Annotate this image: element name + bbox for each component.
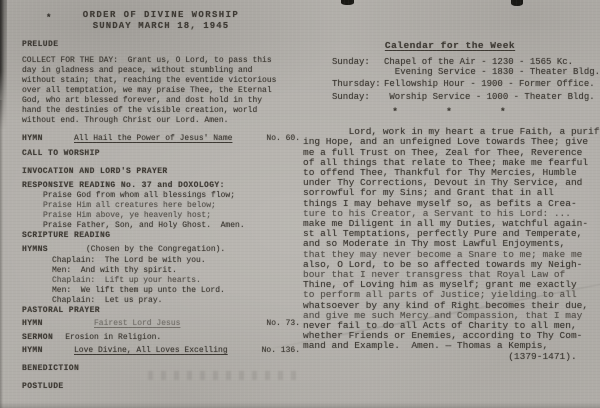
page-title: ORDER OF DIVINE WORSHIP [22,10,300,21]
collect-line: without end. Through Christ our Lord. Am… [22,116,300,126]
collect-line: God, who art blessed forever, and dost h… [22,96,300,106]
doxology-line: Praise Him all creatures here below; [22,201,300,211]
calendar-event: Evening Service - 1830 - Theater Bldg. [384,67,600,77]
collect-line: without stain; that, reaching the eventi… [22,76,300,86]
scan-edge-shadow-lower [0,100,3,408]
page-date: SUNDAY MARCH 18, 1945 [22,21,300,32]
hymn-label: HYMN [22,319,74,329]
hymn-title: All Hail the Power of Jesus' Name [74,134,232,144]
calendar-day [332,67,384,77]
sermon-title: Erosion in Religion. [65,333,161,343]
sermon-entry: SERMON Erosion in Religion. [22,333,300,343]
benediction-heading: BENEDICTION [22,364,300,374]
hymn-entry: HYMN Love Divine, All Loves Excelling No… [22,346,300,356]
invocation-heading: INVOCATION AND LORD'S PRAYER [22,167,300,177]
collect-line: hand the destinies of the visible creati… [22,106,300,116]
postlude-heading: POSTLUDE [22,382,300,392]
versicle-line: Men: And with thy spirit. [22,266,300,276]
scan-edge-shadow [0,0,7,130]
call-to-worship-heading: CALL TO WORSHIP [22,149,300,159]
doxology-verse: Praise God from whom all blessings flow;… [22,191,300,231]
collect-line: day in gladness and peace, without stumb… [22,66,300,76]
hymns-label: HYMNS [22,245,74,255]
doxology-line: Praise Father, Son, and Holy Ghost. Amen… [22,221,300,231]
prayer-line: bour that I never transgress that Royal … [303,270,597,280]
prayer-line: and give me such Mercy and Compassion, t… [303,311,597,321]
responsive-reading-heading: RESPONSIVE READING No. 37 and DOXOLOGY: [22,181,300,191]
order-of-service-column: ORDER OF DIVINE WORSHIP SUNDAY MARCH 18,… [22,10,300,392]
calendar-event: Chapel of the Air - 1230 - 1565 Kc. [384,57,573,67]
doxology-line: Praise God from whom all blessings flow; [22,191,300,201]
hymn-entry: HYMN All Hail the Power of Jesus' Name N… [22,134,300,144]
versicle-line: Chaplain: Lift up your hearts. [22,276,300,286]
scanned-bulletin-page: * ORDER OF DIVINE WORSHIP SUNDAY MARCH 1… [0,0,600,408]
pastoral-prayer-heading: PASTORAL PRAYER [22,306,300,316]
hymn-title: Love Divine, All Loves Excelling [74,346,228,356]
prayer-line: ture to his Creator, a Servant to his Lo… [303,209,597,219]
hymn-entry: HYMN Fairest Lord Jesus No. 73. [22,319,300,329]
hymn-number: No. 60. [266,134,300,144]
scan-bottom-shadow [0,402,600,408]
binding-hole-mark [511,0,523,6]
sermon-label: SERMON [22,333,53,343]
scripture-reading-heading: SCRIPTURE READING [22,231,300,241]
prayer-line: to perform all parts of Justice; yieldin… [303,290,597,300]
hymn-label: HYMN [22,346,74,356]
calendar-row: Thursday: Fellowship Hour - 1900 - Forme… [332,79,597,89]
calendar-day: Sunday: [332,57,384,67]
collect-line: over all temptation, we may praise Thee,… [22,86,300,96]
binding-hole-mark [341,0,354,5]
prayer-line: that they may never become a Snare to me… [303,250,597,260]
calendar-row: Sunday: Chapel of the Air - 1230 - 1565 … [332,57,597,67]
hymn-title: Fairest Lord Jesus [94,319,180,329]
collect-line: COLLECT FOR THE DAY: Grant us, O Lord, t… [22,56,300,66]
hymns-entry: HYMNS (Chosen by the Congregation). [22,245,300,255]
calendar-heading: Calendar for the Week [303,40,597,51]
asterisk-separator: * * * [303,107,597,117]
calendar-prayer-column: Calendar for the Week Sunday: Chapel of … [303,8,597,362]
prelude-heading: PRELUDE [22,40,300,50]
versicle-line: Chaplain: The Lord be with you. [22,256,300,266]
calendar-event: Fellowship Hour - 1900 - Former Office. [384,79,595,89]
kempis-prayer-paragraph: Lord, work in my heart a true Faith, a p… [303,127,597,362]
versicle-line: Chaplain: Let us pray. [22,296,300,306]
versicle-line: Men: We lift them up unto the Lord. [22,286,300,296]
collect-paragraph: COLLECT FOR THE DAY: Grant us, O Lord, t… [22,56,300,126]
calendar-event: Worship Service - 1000 - Theater Bldg. [384,92,595,102]
calendar-day: Thursday: [332,79,384,89]
prayer-line: (1379-1471). [303,352,597,362]
hymn-number: No. 136. [262,346,300,356]
calendar-row: Evening Service - 1830 - Theater Bldg. [332,67,597,77]
hymn-label: HYMN [22,134,74,144]
versicles-dialogue: Chaplain: The Lord be with you. Men: And… [22,256,300,306]
calendar-row: Sunday: Worship Service - 1000 - Theater… [332,92,597,102]
calendar-day: Sunday: [332,92,384,102]
calendar-table: Sunday: Chapel of the Air - 1230 - 1565 … [303,57,597,102]
doxology-line: Praise Him above, ye heavenly host; [22,211,300,221]
hymn-number: No. 73. [266,319,300,329]
hymns-note: (Chosen by the Congregation). [86,245,225,255]
